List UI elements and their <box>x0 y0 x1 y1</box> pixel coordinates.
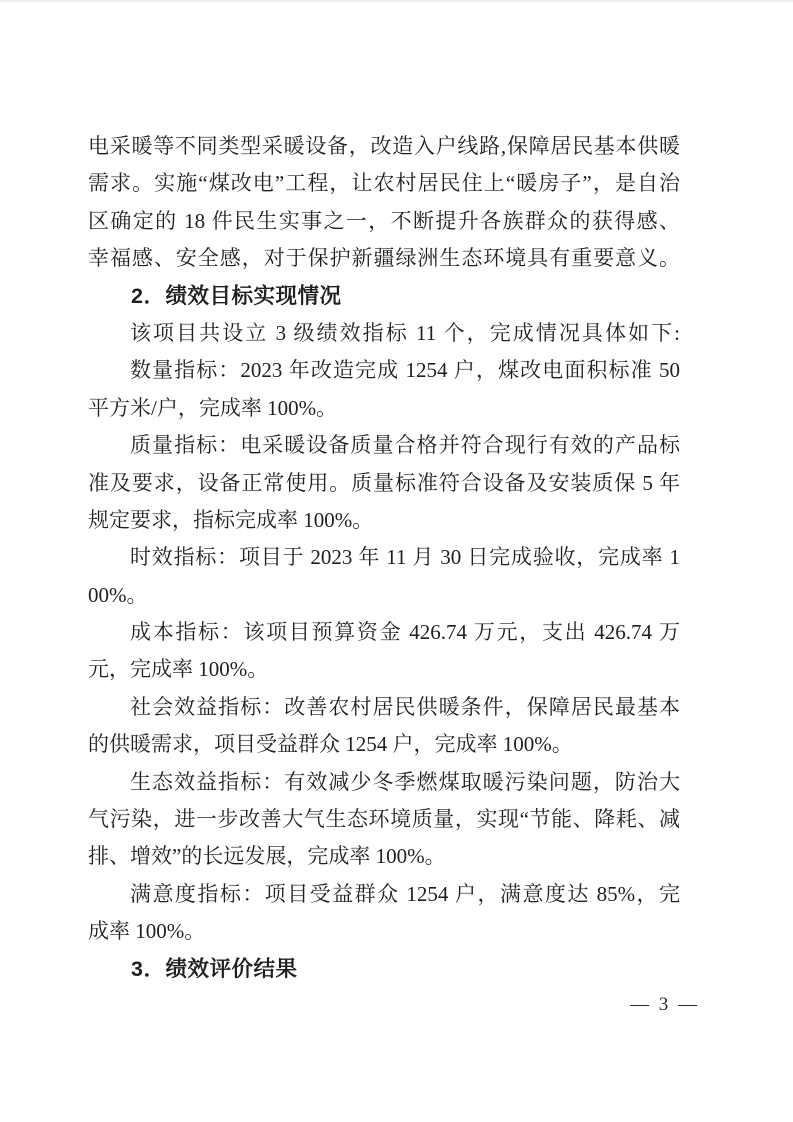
text-line: 电采暖等不同类型采暖设备，改造入户线路,保障居民基本供暖 <box>88 128 680 165</box>
text-line: 该项目共设立 3 级绩效指标 11 个，完成情况具体如下: <box>88 315 680 352</box>
page-number: — 3 — <box>630 994 697 1016</box>
text-line: 时效指标：项目于 2023 年 11 月 30 日完成验收，完成率 1 <box>88 539 680 576</box>
document-page: 电采暖等不同类型采暖设备，改造入户线路,保障居民基本供暖需求。实施“煤改电”工程… <box>0 0 793 1122</box>
text-line: 幸福感、安全感，对于保护新疆绿洲生态环境具有重要意义。 <box>88 240 680 277</box>
text-line: 质量指标：电采暖设备质量合格并符合现行有效的产品标 <box>88 427 680 464</box>
text-line: 元，完成率 100%。 <box>88 651 680 688</box>
text-line: 成本指标：该项目预算资金 426.74 万元，支出 426.74 万 <box>88 614 680 651</box>
text-line: 准及要求，设备正常使用。质量标准符合设备及安装质保 5 年 <box>88 465 680 502</box>
text-line: 的供暖需求，项目受益群众 1254 户，完成率 100%。 <box>88 726 680 763</box>
scan-edge-line <box>0 0 793 2</box>
document-body: 电采暖等不同类型采暖设备，改造入户线路,保障居民基本供暖需求。实施“煤改电”工程… <box>88 128 680 988</box>
text-line: 数量指标：2023 年改造完成 1254 户，煤改电面积标准 50 <box>88 352 680 389</box>
text-line: 社会效益指标：改善农村居民供暖条件，保障居民最基本 <box>88 689 680 726</box>
text-line: 需求。实施“煤改电”工程，让农村居民住上“暖房子”，是自治 <box>88 165 680 202</box>
section-heading: 3．绩效评价结果 <box>88 951 680 988</box>
text-line: 规定要求，指标完成率 100%。 <box>88 502 680 539</box>
text-line: 成率 100%。 <box>88 913 680 950</box>
text-line: 满意度指标：项目受益群众 1254 户，满意度达 85%，完 <box>88 876 680 913</box>
section-heading: 2．绩效目标实现情况 <box>88 278 680 315</box>
text-line: 区确定的 18 件民生实事之一，不断提升各族群众的获得感、 <box>88 203 680 240</box>
text-line: 排、增效”的长远发展，完成率 100%。 <box>88 838 680 875</box>
text-line: 气污染，进一步改善大气生态环境质量，实现“节能、降耗、减 <box>88 801 680 838</box>
text-line: 生态效益指标：有效减少冬季燃煤取暖污染问题，防治大 <box>88 764 680 801</box>
text-line: 00%。 <box>88 577 680 614</box>
text-line: 平方米/户，完成率 100%。 <box>88 390 680 427</box>
